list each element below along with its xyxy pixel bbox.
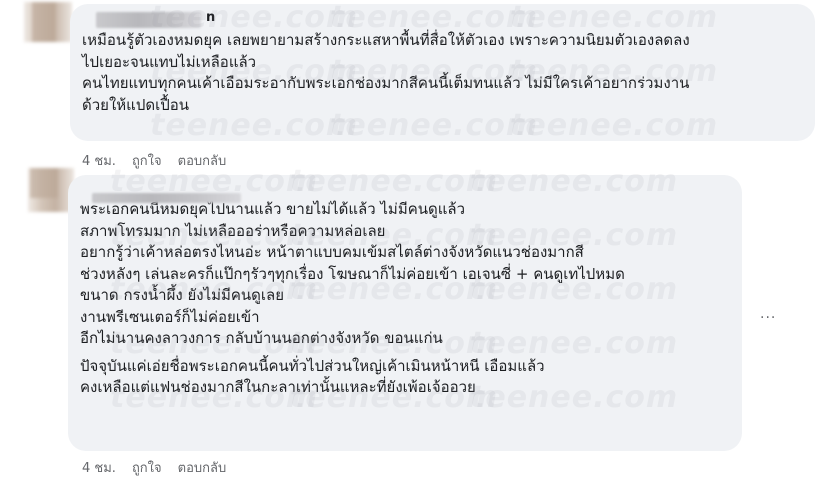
author-name-redacted [96,12,201,28]
comment-text-line: อยากรู้ว่าเค้าหล่อตรงไหนอ่ะ หน้าตาแบบคมเ… [80,242,730,264]
comment-text-line: คงเหลือแต่แฟนช่องมากสีในกะลาเท่านั้นแหละ… [80,377,730,399]
comment-actions: 4 ชม. ถูกใจ ตอบกลับ [82,150,226,171]
comment-bubble: พระเอกคนนี้หมดยุคไปนานแล้ว ขายไม่ได้แล้ว… [68,175,742,451]
author-name-redacted [92,193,241,203]
reply-button[interactable]: ตอบกลับ [178,457,227,478]
timestamp[interactable]: 4 ชม. [82,150,116,171]
author-name-suffix: n [206,10,215,25]
reply-button[interactable]: ตอบกลับ [178,150,227,171]
comment-bubble: n เหมือนรู้ตัวเองหมดยุค เลยพยายามสร้างกร… [70,4,815,141]
more-options-icon[interactable]: ··· [760,313,776,323]
author-name[interactable]: n [82,10,803,30]
comment-text-line: เหมือนรู้ตัวเองหมดยุค เลยพยายามสร้างกระแ… [82,30,803,52]
comment-text-line: ด้วยให้แปดเปื้อน [82,95,803,117]
comment-text-line: งานพรีเซนเตอร์ก็ไม่ค่อยเข้า [80,307,730,329]
author-name[interactable] [80,181,730,201]
like-button[interactable]: ถูกใจ [132,457,162,478]
comment-text-line: คนไทยแทบทุกคนเค้าเอือมระอากับพระเอกช่องม… [82,73,803,95]
comment-text-line: ขนาด กรงน้ำผึ้ง ยังไม่มีคนดูเลย [80,285,730,307]
avatar[interactable] [24,2,72,42]
comment-text-line: ช่วงหลังๆ เล่นละครก็แป๊กๆรัวๆทุกเรื่อง โ… [80,264,730,286]
comment-text-line: สภาพโทรมมาก ไม่เหลือออร่าหรือความหล่อเลย [80,221,730,243]
comment-actions: 4 ชม. ถูกใจ ตอบกลับ [82,457,226,478]
comment-text-line: ไปเยอะจนแทบไม่เหลือแล้ว [82,52,803,74]
comment-text-line: อีกไม่นานคงลาวงการ กลับบ้านนอกต่างจังหวั… [80,328,730,350]
comment-text-line: ปัจจุบันแค่เอ่ยชื่อพระเอกคนนี้คนทั่วไปส่… [80,356,730,378]
like-button[interactable]: ถูกใจ [132,150,162,171]
timestamp[interactable]: 4 ชม. [82,457,116,478]
